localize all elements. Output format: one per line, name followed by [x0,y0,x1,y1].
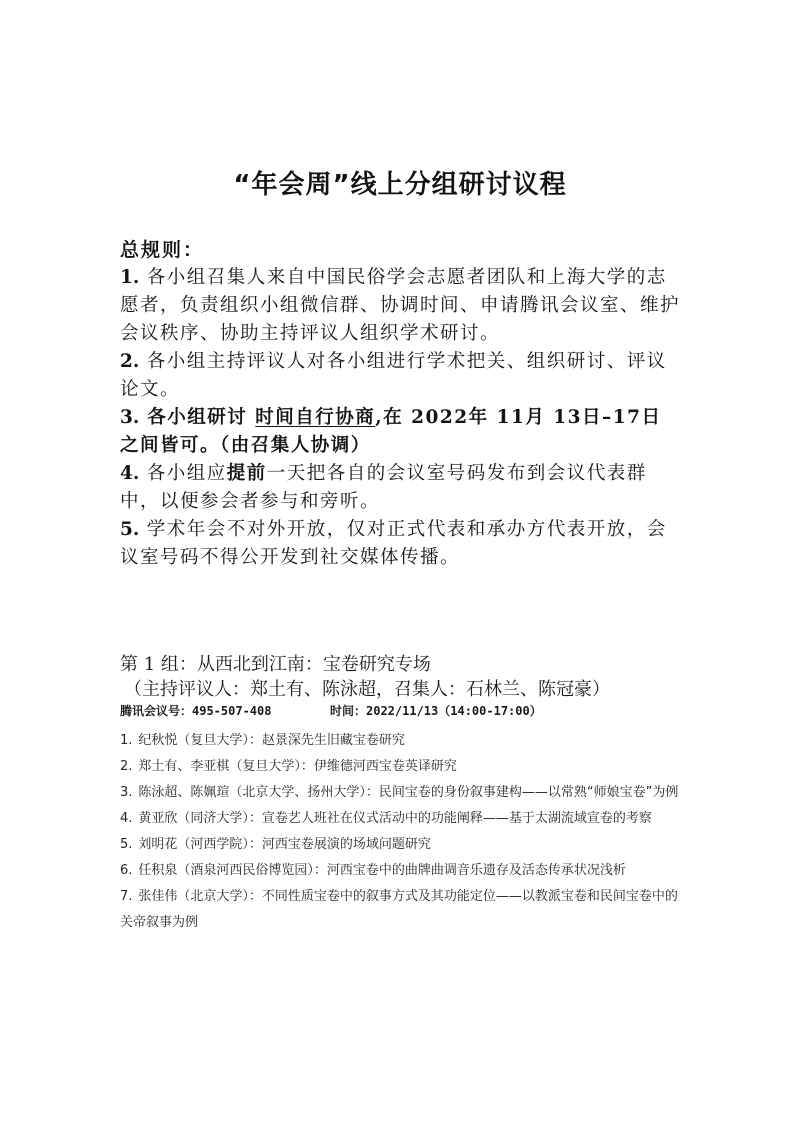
rule-item: 1. 各小组召集人来自中国民俗学会志愿者团队和上海大学的志愿者，负责组织小组微信… [120,264,680,348]
rules-heading: 总规则： [120,236,680,264]
paper-number: 7. [120,889,132,904]
paper-item: 3.陈泳超、陈姵瑄（北京大学、扬州大学）：民间宝卷的身份叙事建构——以常熟“师娘… [120,780,690,806]
group-hosts: （主持评议人：郑土有、陈泳超，召集人：石林兰、陈冠豪） [120,678,690,702]
rule-emphasis-text: 提前 [227,463,267,484]
rule-text: 学术年会不对外开放，仅对正式代表和承办方代表开放，会议室号码不得公开发到社交媒体… [120,519,667,568]
rule-item: 3. 各小组研讨 时间自行协商,在 2022年 11月 13日–17日之间皆可。… [120,404,680,460]
rule-text: 各小组召集人来自中国民俗学会志愿者团队和上海大学的志愿者，负责组织小组微信群、协… [120,267,680,344]
paper-number: 4. [120,811,132,826]
rule-underlined-text: 时间自行协商 [255,407,375,428]
paper-item: 1.纪秋悦（复旦大学）：赵景深先生旧藏宝卷研究 [120,728,690,754]
paper-number: 2. [120,759,132,774]
document-title: “年会周”线上分组研讨议程 [0,164,800,201]
meeting-id: 腾讯会议号：495-507-408 [120,702,330,720]
rule-text: 各小组应 [147,463,227,484]
paper-item: 4.黄亚欣（同济大学）：宣卷艺人班社在仪式活动中的功能阐释——基于太湖流域宣卷的… [120,806,690,832]
paper-number: 3. [120,785,132,800]
paper-text: 任积泉（酒泉河西民俗博览园）：河西宝卷中的曲牌曲调音乐遗存及活态传承状况浅析 [138,863,626,878]
rule-text: 各小组主持评议人对各小组进行学术把关、组织研讨、评议论文。 [120,351,667,400]
paper-number: 6. [120,863,132,878]
paper-item: 7.张佳伟（北京大学）：不同性质宝卷中的叙事方式及其功能定位——以教派宝卷和民间… [120,884,690,936]
paper-number: 5. [120,837,132,852]
paper-number: 1. [120,733,132,748]
paper-list: 1.纪秋悦（复旦大学）：赵景深先生旧藏宝卷研究 2.郑土有、李亚棋（复旦大学）：… [120,728,690,936]
rule-item: 2. 各小组主持评议人对各小组进行学术把关、组织研讨、评议论文。 [120,348,680,404]
rule-number: 4. [120,463,139,484]
rule-item: 4. 各小组应提前一天把各自的会议室号码发布到会议代表群中，以便参会者参与和旁听… [120,460,680,516]
paper-text: 纪秋悦（复旦大学）：赵景深先生旧藏宝卷研究 [138,733,405,748]
meeting-info: 腾讯会议号：495-507-408 时间：2022/11/13（14:00-17… [120,702,690,720]
rule-text: 各小组研讨 [147,407,247,428]
group-1-section: 第 1 组：从西北到江南：宝卷研究专场 （主持评议人：郑土有、陈泳超，召集人：石… [120,652,690,936]
group-title: 第 1 组：从西北到江南：宝卷研究专场 [120,652,690,678]
paper-text: 郑土有、李亚棋（复旦大学）：伊维德河西宝卷英译研究 [138,759,457,774]
document-page: “年会周”线上分组研讨议程 总规则： 1. 各小组召集人来自中国民俗学会志愿者团… [0,0,800,1131]
rule-number: 3. [120,407,139,428]
paper-text: 张佳伟（北京大学）：不同性质宝卷中的叙事方式及其功能定位——以教派宝卷和民间宝卷… [120,889,678,930]
general-rules-section: 总规则： 1. 各小组召集人来自中国民俗学会志愿者团队和上海大学的志愿者，负责组… [120,236,680,572]
paper-text: 刘明花（河西学院）：河西宝卷展演的场域问题研究 [138,837,431,852]
paper-item: 6.任积泉（酒泉河西民俗博览园）：河西宝卷中的曲牌曲调音乐遗存及活态传承状况浅析 [120,858,690,884]
rule-item: 5. 学术年会不对外开放，仅对正式代表和承办方代表开放，会议室号码不得公开发到社… [120,516,680,572]
rule-number: 2. [120,351,139,372]
meeting-time: 时间：2022/11/13（14:00-17:00） [330,702,542,720]
rule-number: 5. [120,519,139,540]
paper-item: 2.郑土有、李亚棋（复旦大学）：伊维德河西宝卷英译研究 [120,754,690,780]
paper-text: 黄亚欣（同济大学）：宣卷艺人班社在仪式活动中的功能阐释——基于太湖流域宣卷的考察 [138,811,652,826]
rule-number: 1. [120,267,139,288]
paper-item: 5.刘明花（河西学院）：河西宝卷展演的场域问题研究 [120,832,690,858]
paper-text: 陈泳超、陈姵瑄（北京大学、扬州大学）：民间宝卷的身份叙事建构——以常熟“师娘宝卷… [138,785,678,800]
